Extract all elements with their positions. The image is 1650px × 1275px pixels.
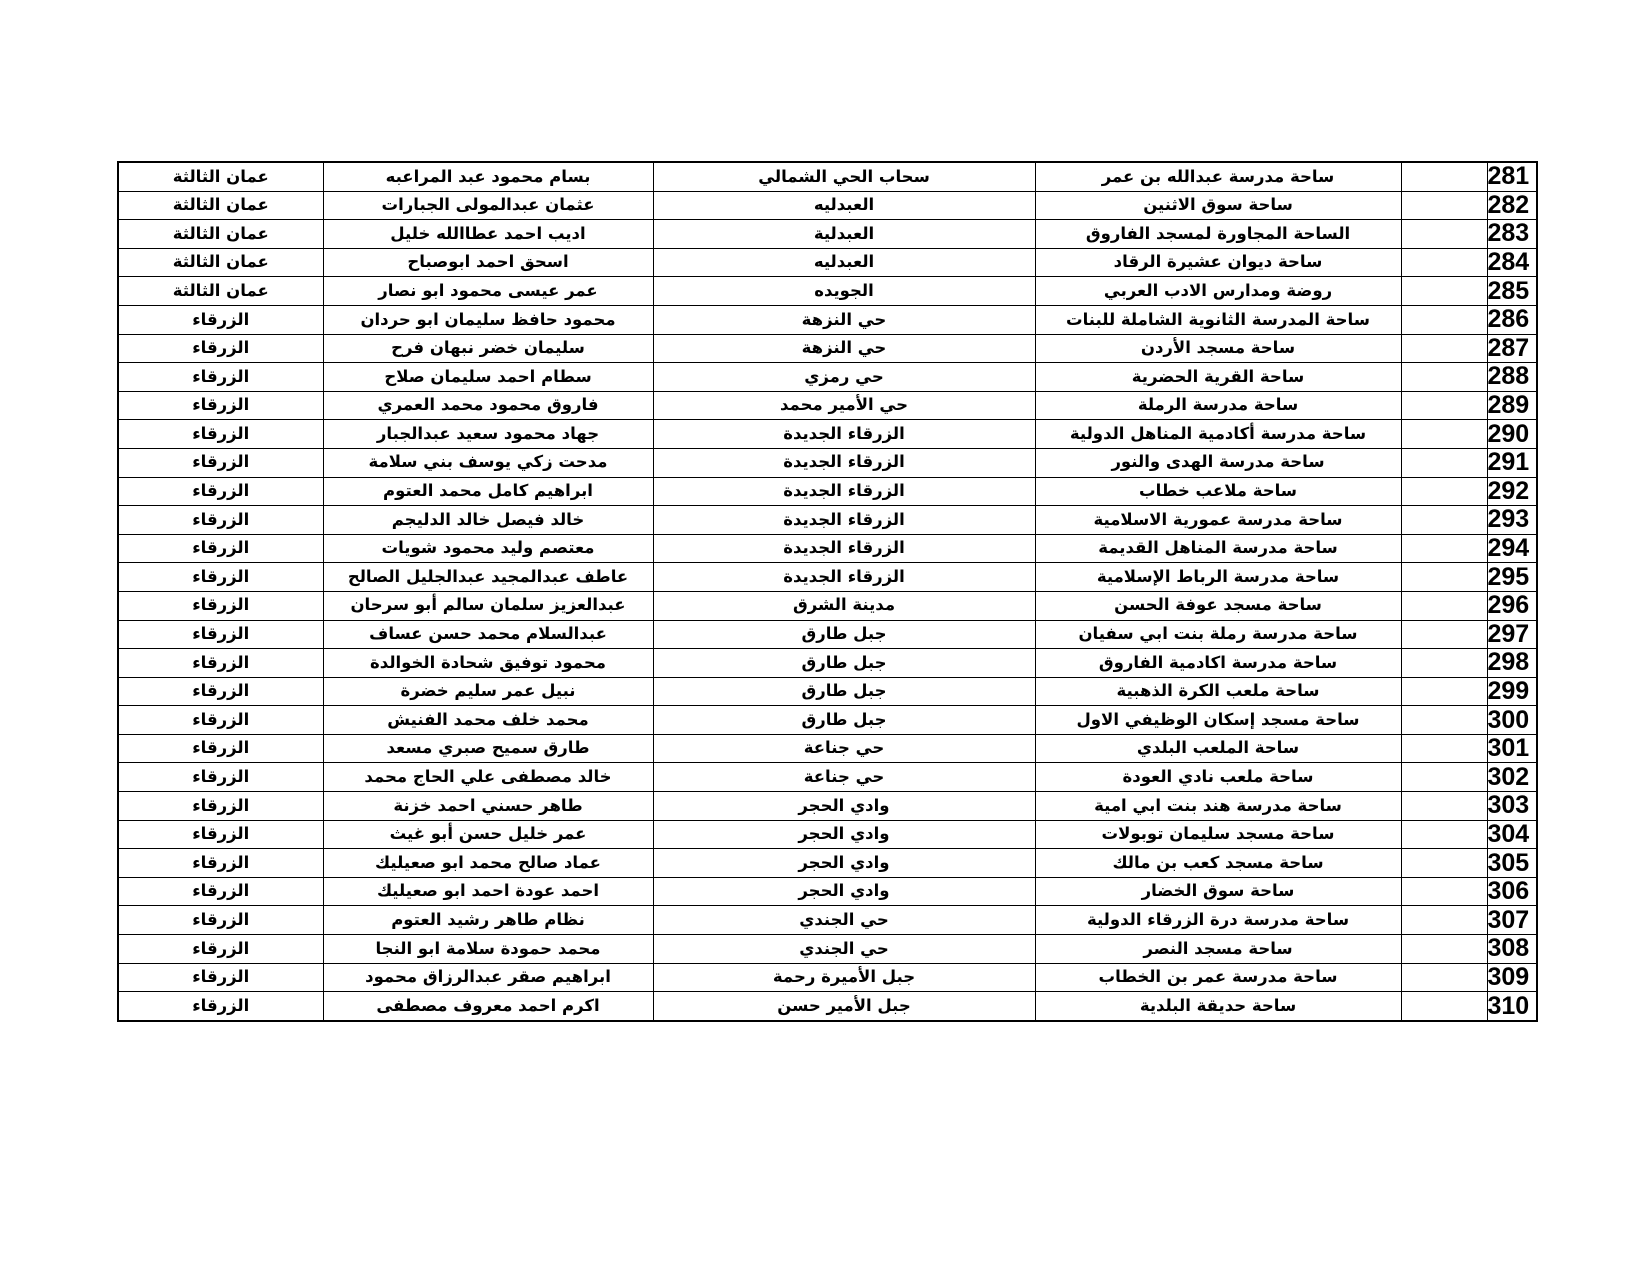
person-name-cell: محمد حمودة سلامة ابو النجا xyxy=(323,935,653,964)
region-cell: عمان الثالثة xyxy=(118,191,323,220)
district-cell: حي رمزي xyxy=(653,363,1035,392)
person-name-cell: اكرم احمد معروف مصطفى xyxy=(323,992,653,1021)
person-name-cell: نظام طاهر رشيد العتوم xyxy=(323,906,653,935)
person-name-cell: خالد مصطفى علي الحاج محمد xyxy=(323,763,653,792)
venue-name-cell: ساحة مسجد الأردن xyxy=(1035,334,1401,363)
table-row: 281 ساحة مدرسة عبدالله بن عمر سحاب الحي … xyxy=(118,162,1537,191)
table-row: 306 ساحة سوق الخضار وادي الحجر احمد عودة… xyxy=(118,877,1537,906)
region-cell: الزرقاء xyxy=(118,792,323,821)
spacer-cell xyxy=(1401,963,1487,992)
region-cell: الزرقاء xyxy=(118,591,323,620)
venue-name-cell: ساحة ديوان عشيرة الرقاد xyxy=(1035,248,1401,277)
table-row: 286 ساحة المدرسة الثانوية الشاملة للبنات… xyxy=(118,305,1537,334)
region-cell: الزرقاء xyxy=(118,963,323,992)
table-row: 301 ساحة الملعب البلدي حي جناعة طارق سمي… xyxy=(118,734,1537,763)
person-name-cell: جهاد محمود سعيد عبدالجبار xyxy=(323,420,653,449)
region-cell: الزرقاء xyxy=(118,820,323,849)
venue-name-cell: ساحة مدرسة الرملة xyxy=(1035,391,1401,420)
district-cell: الزرقاء الجديدة xyxy=(653,534,1035,563)
row-number-cell: 295 xyxy=(1487,563,1537,592)
spacer-cell xyxy=(1401,391,1487,420)
region-cell: الزرقاء xyxy=(118,305,323,334)
district-cell: حي جناعة xyxy=(653,763,1035,792)
table-row: 283 الساحة المجاورة لمسجد الفاروق العبدل… xyxy=(118,220,1537,249)
row-number-cell: 292 xyxy=(1487,477,1537,506)
person-name-cell: معتصم وليد محمود شويات xyxy=(323,534,653,563)
region-cell: الزرقاء xyxy=(118,849,323,878)
district-cell: العبدليه xyxy=(653,191,1035,220)
row-number-cell: 297 xyxy=(1487,620,1537,649)
table-row: 308 ساحة مسجد النصر حي الجندي محمد حمودة… xyxy=(118,935,1537,964)
district-cell: الزرقاء الجديدة xyxy=(653,477,1035,506)
venue-name-cell: ساحة مسجد كعب بن مالك xyxy=(1035,849,1401,878)
person-name-cell: فاروق محمود محمد العمري xyxy=(323,391,653,420)
person-name-cell: سليمان خضر نبهان فرح xyxy=(323,334,653,363)
venue-name-cell: ساحة مدرسة اكادمية الفاروق xyxy=(1035,649,1401,678)
venue-name-cell: ساحة حديقة البلدية xyxy=(1035,992,1401,1021)
venue-name-cell: ساحة مدرسة عمورية الاسلامية xyxy=(1035,506,1401,535)
region-cell: الزرقاء xyxy=(118,363,323,392)
table-row: 303 ساحة مدرسة هند بنت ابي امية وادي الح… xyxy=(118,792,1537,821)
spacer-cell xyxy=(1401,591,1487,620)
region-cell: الزرقاء xyxy=(118,334,323,363)
row-number-cell: 282 xyxy=(1487,191,1537,220)
district-cell: العبدلية xyxy=(653,220,1035,249)
district-cell: حي الجندي xyxy=(653,935,1035,964)
venue-name-cell: ساحة سوق الخضار xyxy=(1035,877,1401,906)
row-number-cell: 310 xyxy=(1487,992,1537,1021)
person-name-cell: مدحت زكي يوسف بني سلامة xyxy=(323,448,653,477)
row-number-cell: 287 xyxy=(1487,334,1537,363)
table-row: 290 ساحة مدرسة أكادمية المناهل الدولية ا… xyxy=(118,420,1537,449)
district-cell: الزرقاء الجديدة xyxy=(653,563,1035,592)
district-cell: الزرقاء الجديدة xyxy=(653,506,1035,535)
table-row: 291 ساحة مدرسة الهدى والنور الزرقاء الجد… xyxy=(118,448,1537,477)
row-number-cell: 296 xyxy=(1487,591,1537,620)
row-number-cell: 288 xyxy=(1487,363,1537,392)
table-row: 285 روضة ومدارس الادب العربي الجويده عمر… xyxy=(118,277,1537,306)
venue-name-cell: ساحة مسجد النصر xyxy=(1035,935,1401,964)
row-number-cell: 299 xyxy=(1487,677,1537,706)
district-cell: الزرقاء الجديدة xyxy=(653,420,1035,449)
venue-name-cell: ساحة مدرسة عبدالله بن عمر xyxy=(1035,162,1401,191)
district-cell: جبل الأميرة رحمة xyxy=(653,963,1035,992)
district-cell: وادي الحجر xyxy=(653,877,1035,906)
row-number-cell: 286 xyxy=(1487,305,1537,334)
table-row: 300 ساحة مسجد إسكان الوظيفي الاول جبل طا… xyxy=(118,706,1537,735)
person-name-cell: عثمان عبدالمولى الجبارات xyxy=(323,191,653,220)
venue-name-cell: ساحة مدرسة درة الزرقاء الدولية xyxy=(1035,906,1401,935)
region-cell: الزرقاء xyxy=(118,935,323,964)
row-number-cell: 284 xyxy=(1487,248,1537,277)
table-row: 289 ساحة مدرسة الرملة حي الأمير محمد فار… xyxy=(118,391,1537,420)
table-row: 287 ساحة مسجد الأردن حي النزهة سليمان خض… xyxy=(118,334,1537,363)
district-cell: الجويده xyxy=(653,277,1035,306)
region-cell: الزرقاء xyxy=(118,877,323,906)
person-name-cell: اسحق احمد ابوصباح xyxy=(323,248,653,277)
venue-name-cell: ساحة مدرسة الهدى والنور xyxy=(1035,448,1401,477)
spacer-cell xyxy=(1401,820,1487,849)
row-number-cell: 305 xyxy=(1487,849,1537,878)
district-cell: حي النزهة xyxy=(653,334,1035,363)
spacer-cell xyxy=(1401,363,1487,392)
spacer-cell xyxy=(1401,334,1487,363)
row-number-cell: 291 xyxy=(1487,448,1537,477)
region-cell: الزرقاء xyxy=(118,763,323,792)
venue-name-cell: ساحة مسجد إسكان الوظيفي الاول xyxy=(1035,706,1401,735)
region-cell: الزرقاء xyxy=(118,506,323,535)
row-number-cell: 307 xyxy=(1487,906,1537,935)
region-cell: الزرقاء xyxy=(118,534,323,563)
table-row: 296 ساحة مسجد عوفة الحسن مدينة الشرق عبد… xyxy=(118,591,1537,620)
district-cell: حي جناعة xyxy=(653,734,1035,763)
region-cell: الزرقاء xyxy=(118,906,323,935)
venue-name-cell: ساحة ملاعب خطاب xyxy=(1035,477,1401,506)
region-cell: الزرقاء xyxy=(118,477,323,506)
person-name-cell: احمد عودة احمد ابو صعيليك xyxy=(323,877,653,906)
venue-name-cell: ساحة ملعب الكرة الذهبية xyxy=(1035,677,1401,706)
table-row: 302 ساحة ملعب نادي العودة حي جناعة خالد … xyxy=(118,763,1537,792)
row-number-cell: 308 xyxy=(1487,935,1537,964)
row-number-cell: 298 xyxy=(1487,649,1537,678)
district-cell: جبل طارق xyxy=(653,649,1035,678)
person-name-cell: عبدالعزيز سلمان سالم أبو سرحان xyxy=(323,591,653,620)
spacer-cell xyxy=(1401,906,1487,935)
venue-name-cell: ساحة مدرسة أكادمية المناهل الدولية xyxy=(1035,420,1401,449)
region-cell: الزرقاء xyxy=(118,448,323,477)
row-number-cell: 285 xyxy=(1487,277,1537,306)
row-number-cell: 309 xyxy=(1487,963,1537,992)
person-name-cell: عمر عيسى محمود ابو نصار xyxy=(323,277,653,306)
venue-name-cell: ساحة ملعب نادي العودة xyxy=(1035,763,1401,792)
district-cell: العبدليه xyxy=(653,248,1035,277)
row-number-cell: 281 xyxy=(1487,162,1537,191)
row-number-cell: 293 xyxy=(1487,506,1537,535)
district-cell: حي النزهة xyxy=(653,305,1035,334)
spacer-cell xyxy=(1401,305,1487,334)
spacer-cell xyxy=(1401,248,1487,277)
region-cell: الزرقاء xyxy=(118,563,323,592)
region-cell: الزرقاء xyxy=(118,649,323,678)
table-row: 299 ساحة ملعب الكرة الذهبية جبل طارق نبي… xyxy=(118,677,1537,706)
person-name-cell: ابراهيم صقر عبدالرزاق محمود xyxy=(323,963,653,992)
person-name-cell: نبيل عمر سليم خضرة xyxy=(323,677,653,706)
person-name-cell: محمد خلف محمد الفنيش xyxy=(323,706,653,735)
region-cell: الزرقاء xyxy=(118,677,323,706)
venue-name-cell: روضة ومدارس الادب العربي xyxy=(1035,277,1401,306)
venue-name-cell: ساحة مدرسة عمر بن الخطاب xyxy=(1035,963,1401,992)
spacer-cell xyxy=(1401,420,1487,449)
spacer-cell xyxy=(1401,792,1487,821)
district-cell: جبل طارق xyxy=(653,620,1035,649)
venue-name-cell: ساحة مسجد سليمان توبولات xyxy=(1035,820,1401,849)
venues-table-body: 281 ساحة مدرسة عبدالله بن عمر سحاب الحي … xyxy=(118,162,1537,1021)
spacer-cell xyxy=(1401,706,1487,735)
spacer-cell xyxy=(1401,877,1487,906)
spacer-cell xyxy=(1401,620,1487,649)
spacer-cell xyxy=(1401,477,1487,506)
person-name-cell: اديب احمد عطاالله خليل xyxy=(323,220,653,249)
row-number-cell: 289 xyxy=(1487,391,1537,420)
spacer-cell xyxy=(1401,277,1487,306)
spacer-cell xyxy=(1401,563,1487,592)
table-row: 288 ساحة القرية الحضرية حي رمزي سطام احم… xyxy=(118,363,1537,392)
district-cell: الزرقاء الجديدة xyxy=(653,448,1035,477)
venue-name-cell: ساحة مسجد عوفة الحسن xyxy=(1035,591,1401,620)
venue-name-cell: ساحة مدرسة المناهل القديمة xyxy=(1035,534,1401,563)
spacer-cell xyxy=(1401,448,1487,477)
spacer-cell xyxy=(1401,649,1487,678)
spacer-cell xyxy=(1401,506,1487,535)
person-name-cell: عمر خليل حسن أبو غيث xyxy=(323,820,653,849)
person-name-cell: عماد صالح محمد ابو صعيليك xyxy=(323,849,653,878)
district-cell: وادي الحجر xyxy=(653,820,1035,849)
person-name-cell: عبدالسلام محمد حسن عساف xyxy=(323,620,653,649)
venues-table: 281 ساحة مدرسة عبدالله بن عمر سحاب الحي … xyxy=(117,161,1538,1022)
spacer-cell xyxy=(1401,849,1487,878)
table-row: 282 ساحة سوق الاثنين العبدليه عثمان عبدا… xyxy=(118,191,1537,220)
row-number-cell: 294 xyxy=(1487,534,1537,563)
venues-sheet: 281 ساحة مدرسة عبدالله بن عمر سحاب الحي … xyxy=(117,161,1536,1022)
region-cell: الزرقاء xyxy=(118,620,323,649)
table-row: 295 ساحة مدرسة الرباط الإسلامية الزرقاء … xyxy=(118,563,1537,592)
venue-name-cell: ساحة سوق الاثنين xyxy=(1035,191,1401,220)
spacer-cell xyxy=(1401,534,1487,563)
district-cell: سحاب الحي الشمالي xyxy=(653,162,1035,191)
district-cell: جبل طارق xyxy=(653,706,1035,735)
district-cell: وادي الحجر xyxy=(653,792,1035,821)
district-cell: جبل طارق xyxy=(653,677,1035,706)
table-row: 284 ساحة ديوان عشيرة الرقاد العبدليه اسح… xyxy=(118,248,1537,277)
region-cell: الزرقاء xyxy=(118,706,323,735)
row-number-cell: 306 xyxy=(1487,877,1537,906)
district-cell: مدينة الشرق xyxy=(653,591,1035,620)
table-row: 304 ساحة مسجد سليمان توبولات وادي الحجر … xyxy=(118,820,1537,849)
table-row: 307 ساحة مدرسة درة الزرقاء الدولية حي ال… xyxy=(118,906,1537,935)
region-cell: عمان الثالثة xyxy=(118,162,323,191)
table-row: 293 ساحة مدرسة عمورية الاسلامية الزرقاء … xyxy=(118,506,1537,535)
person-name-cell: محمود حافظ سليمان ابو حردان xyxy=(323,305,653,334)
person-name-cell: خالد فيصل خالد الدليجم xyxy=(323,506,653,535)
row-number-cell: 300 xyxy=(1487,706,1537,735)
row-number-cell: 283 xyxy=(1487,220,1537,249)
region-cell: الزرقاء xyxy=(118,391,323,420)
venue-name-cell: ساحة مدرسة هند بنت ابي امية xyxy=(1035,792,1401,821)
table-row: 292 ساحة ملاعب خطاب الزرقاء الجديدة ابرا… xyxy=(118,477,1537,506)
table-row: 309 ساحة مدرسة عمر بن الخطاب جبل الأميرة… xyxy=(118,963,1537,992)
person-name-cell: ابراهيم كامل محمد العتوم xyxy=(323,477,653,506)
spacer-cell xyxy=(1401,992,1487,1021)
district-cell: وادي الحجر xyxy=(653,849,1035,878)
spacer-cell xyxy=(1401,935,1487,964)
row-number-cell: 302 xyxy=(1487,763,1537,792)
region-cell: الزرقاء xyxy=(118,734,323,763)
region-cell: الزرقاء xyxy=(118,420,323,449)
venue-name-cell: ساحة المدرسة الثانوية الشاملة للبنات xyxy=(1035,305,1401,334)
spacer-cell xyxy=(1401,162,1487,191)
venue-name-cell: ساحة الملعب البلدي xyxy=(1035,734,1401,763)
venue-name-cell: ساحة مدرسة الرباط الإسلامية xyxy=(1035,563,1401,592)
spacer-cell xyxy=(1401,191,1487,220)
person-name-cell: سطام احمد سليمان صلاح xyxy=(323,363,653,392)
venue-name-cell: ساحة القرية الحضرية xyxy=(1035,363,1401,392)
spacer-cell xyxy=(1401,763,1487,792)
table-row: 310 ساحة حديقة البلدية جبل الأمير حسن اك… xyxy=(118,992,1537,1021)
region-cell: عمان الثالثة xyxy=(118,220,323,249)
person-name-cell: طاهر حسني احمد خزنة xyxy=(323,792,653,821)
table-row: 305 ساحة مسجد كعب بن مالك وادي الحجر عما… xyxy=(118,849,1537,878)
spacer-cell xyxy=(1401,220,1487,249)
region-cell: الزرقاء xyxy=(118,992,323,1021)
region-cell: عمان الثالثة xyxy=(118,277,323,306)
district-cell: جبل الأمير حسن xyxy=(653,992,1035,1021)
row-number-cell: 303 xyxy=(1487,792,1537,821)
region-cell: عمان الثالثة xyxy=(118,248,323,277)
row-number-cell: 301 xyxy=(1487,734,1537,763)
table-row: 294 ساحة مدرسة المناهل القديمة الزرقاء ا… xyxy=(118,534,1537,563)
venue-name-cell: الساحة المجاورة لمسجد الفاروق xyxy=(1035,220,1401,249)
row-number-cell: 290 xyxy=(1487,420,1537,449)
venue-name-cell: ساحة مدرسة رملة بنت ابي سفيان xyxy=(1035,620,1401,649)
district-cell: حي الأمير محمد xyxy=(653,391,1035,420)
person-name-cell: محمود توفيق شحادة الخوالدة xyxy=(323,649,653,678)
table-row: 297 ساحة مدرسة رملة بنت ابي سفيان جبل طا… xyxy=(118,620,1537,649)
person-name-cell: عاطف عبدالمجيد عبدالجليل الصالح xyxy=(323,563,653,592)
spacer-cell xyxy=(1401,734,1487,763)
district-cell: حي الجندي xyxy=(653,906,1035,935)
person-name-cell: طارق سميح صبري مسعد xyxy=(323,734,653,763)
row-number-cell: 304 xyxy=(1487,820,1537,849)
table-row: 298 ساحة مدرسة اكادمية الفاروق جبل طارق … xyxy=(118,649,1537,678)
spacer-cell xyxy=(1401,677,1487,706)
person-name-cell: بسام محمود عبد المراعبه xyxy=(323,162,653,191)
